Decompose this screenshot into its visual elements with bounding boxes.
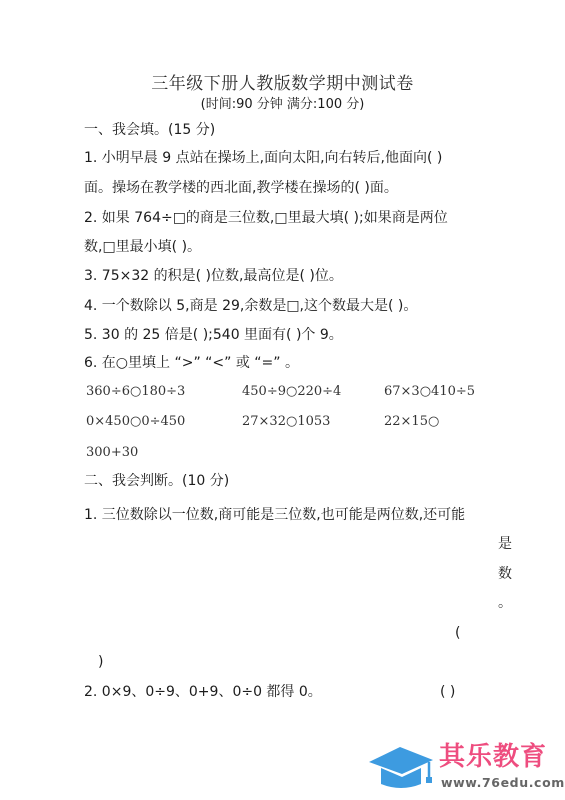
- question-2-1-line-1: 1. 三位数除以一位数,商可能是三位数,也可能是两位数,还可能: [84, 506, 465, 524]
- comparison-item: 67×3○410÷5: [384, 383, 475, 401]
- answer-paren: ( ): [440, 683, 455, 701]
- question-1-2-line-1: 2. 如果 764÷□的商是三位数,□里最大填( );如果商是两位: [84, 209, 448, 227]
- question-1-2-line-2: 数,□里最小填( )。: [84, 238, 201, 256]
- question-2-2: 2. 0×9、0÷9、0+9、0÷0 都得 0。: [84, 683, 322, 701]
- question-1-1-line-2: 面。操场在教学楼的西北面,教学楼在操场的( )面。: [84, 179, 398, 197]
- comparison-item: 300+30: [86, 444, 138, 462]
- comparison-item: 22×15○: [384, 413, 439, 431]
- answer-paren-close: ): [98, 653, 103, 671]
- question-1-6: 6. 在○里填上 “>” “<” 或 “=” 。: [84, 354, 299, 372]
- question-2-1-wrap: 是: [498, 535, 512, 553]
- brand-name: 其乐教育: [439, 742, 547, 772]
- comparison-item: 360÷6○180÷3: [86, 383, 185, 401]
- page-title: 三年级下册人教版数学期中测试卷: [0, 73, 565, 95]
- question-1-5: 5. 30 的 25 倍是( );540 里面有( )个 9。: [84, 326, 343, 344]
- section-1-heading: 一、我会填。(15 分): [84, 121, 215, 139]
- question-1-1-line-1: 1. 小明早晨 9 点站在操场上,面向太阳,向右转后,他面向( ): [84, 149, 442, 167]
- section-2-heading: 二、我会判断。(10 分): [84, 472, 229, 490]
- comparison-item: 27×32○1053: [242, 413, 330, 431]
- watermark-logo: 其乐教育 www.76edu.com: [367, 740, 562, 798]
- question-2-1-wrap: 数: [498, 565, 512, 583]
- brand-url: www.76edu.com: [441, 776, 565, 790]
- answer-paren-open: (: [455, 624, 460, 642]
- question-2-1-wrap: 。: [498, 594, 512, 612]
- exam-page: 三年级下册人教版数学期中测试卷 (时间:90 分钟 满分:100 分) 一、我会…: [0, 0, 565, 800]
- comparison-item: 0×450○0÷450: [86, 413, 185, 431]
- page-subtitle: (时间:90 分钟 满分:100 分): [0, 96, 565, 113]
- question-1-4: 4. 一个数除以 5,商是 29,余数是□,这个数最大是( )。: [84, 297, 417, 315]
- comparison-item: 450÷9○220÷4: [242, 383, 341, 401]
- graduation-cap-icon: [367, 744, 437, 792]
- question-1-3: 3. 75×32 的积是( )位数,最高位是( )位。: [84, 267, 343, 285]
